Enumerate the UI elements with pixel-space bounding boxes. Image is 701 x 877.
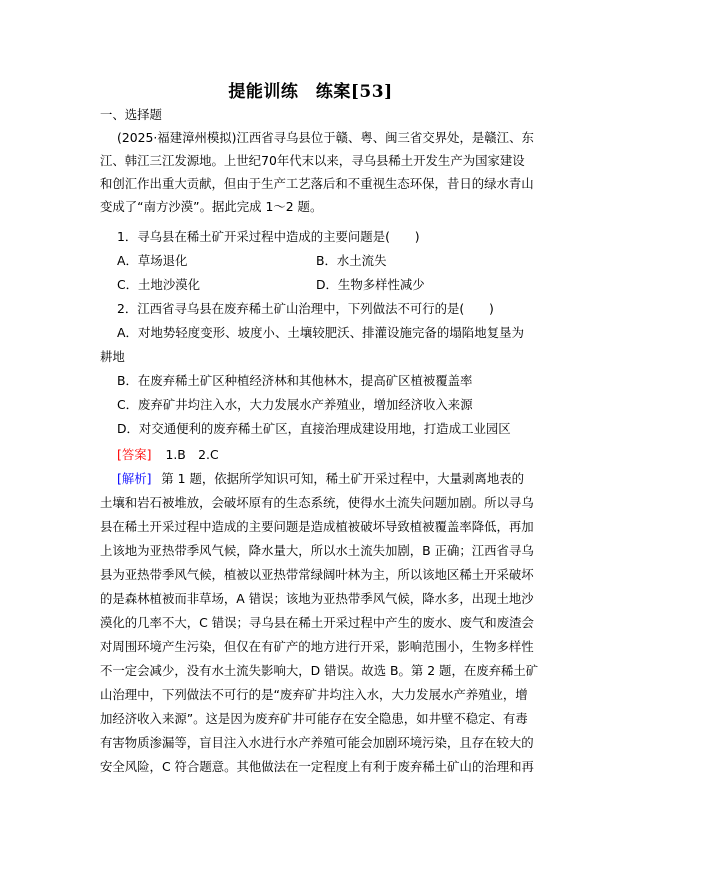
passage-line: 和创汇作出重大贡献，但由于生产工艺落后和不重视生态环保，昔日的绿水青山 (100, 177, 524, 191)
analysis-line: 不一定会减少，没有水土流失影响大，D 错误。故选 B。第 2 题，在废弃稀土矿 (100, 664, 524, 678)
analysis-line: 的是森林植被而非草场，A 错误；该地为亚热带季风气候，降水多，出现土地沙 (100, 592, 524, 606)
analysis-line: 县为亚热带季风气候，植被以亚热带常绿阔叶林为主，所以该地区稀土开采破坏 (100, 568, 524, 582)
passage-line: (2025·福建漳州模拟)江西省寻乌县位于赣、粤、闽三省交界处，是赣江、东 (117, 131, 524, 145)
question-2-option-b: B．在废弃稀土矿区种植经济林和其他林木，提高矿区植被覆盖率 (117, 374, 472, 388)
analysis-line: 安全风险，C 符合题意。其他做法在一定程度上有利于废弃稀土矿山的治理和再 (100, 760, 524, 774)
analysis-line: 上该地为亚热带季风气候，降水量大，所以水土流失加剧，B 正确；江西省寻乌 (100, 544, 524, 558)
passage-line: 江、韩江三江发源地。上世纪70年代末以来，寻乌县稀土开发生产为国家建设 (100, 154, 524, 168)
question-1-stem: 1．寻乌县在稀土矿开采过程中造成的主要问题是( ) (117, 230, 420, 244)
passage-line: 变成了“南方沙漠”。据此完成 1～2 题。 (100, 200, 322, 214)
analysis-first-row: [解析]第 1 题，依据所学知识可知，稀土矿开采过程中，大量剥离地表的 (117, 472, 524, 486)
question-1-option-a: A．草场退化 (117, 254, 187, 268)
question-2-option-c: C．废弃矿井均注入水，大力发展水产养殖业，增加经济收入来源 (117, 398, 473, 412)
analysis-line: 漠化的几率不大，C 错误；寻乌县在稀土开采过程中产生的废水、废气和废渣会 (100, 616, 524, 630)
analysis-line: 土壤和岩石被堆放，会破坏原有的生态系统，使得水土流失问题加剧。所以寻乌 (100, 496, 524, 510)
question-2-option-a: A．对地势轻度变形、坡度小、土壤较肥沃、排灌设施完备的塌陷地复垦为 (117, 326, 524, 340)
question-1-option-c: C．土地沙漠化 (117, 278, 200, 292)
analysis-line: 对周围环境产生污染，但仅在有矿产的地方进行开采，影响范围小，生物多样性 (100, 640, 524, 654)
analysis-line: 第 1 题，依据所学知识可知，稀土矿开采过程中，大量剥离地表的 (161, 472, 524, 486)
question-1-option-b: B．水土流失 (316, 254, 386, 268)
question-2-stem: 2．江西省寻乌县在废弃稀土矿山治理中，下列做法不可行的是( ) (117, 302, 494, 316)
analysis-line: 有害物质渗漏等，盲目注入水进行水产养殖可能会加剧环境污染，且存在较大的 (100, 736, 524, 750)
answer-row: [答案]1.B 2.C (117, 448, 219, 462)
page-title: 提能训练 练案[53] (0, 77, 621, 102)
analysis-label: [解析] (117, 472, 151, 486)
analysis-line: 加经济收入来源”。这是因为废弃矿井可能存在安全隐患，如井壁不稳定、有毒 (100, 712, 524, 726)
answer-value: 1.B 2.C (165, 447, 218, 462)
document-page: 提能训练 练案[53] 一、选择题 (2025·福建漳州模拟)江西省寻乌县位于赣… (0, 0, 701, 877)
analysis-line: 山治理中，下列做法不可行的是“废弃矿井均注入水，大力发展水产养殖业，增 (100, 688, 524, 702)
section-heading: 一、选择题 (100, 108, 162, 122)
question-2-option-a-cont: 耕地 (100, 350, 125, 364)
analysis-line: 县在稀土开采过程中造成的主要问题是造成植被破坏导致植被覆盖率降低，再加 (100, 520, 524, 534)
question-1-option-d: D．生物多样性减少 (316, 278, 425, 292)
answer-label: [答案] (117, 447, 151, 462)
question-2-option-d: D．对交通便利的废弃稀土矿区，直接治理成建设用地，打造成工业园区 (117, 422, 511, 436)
